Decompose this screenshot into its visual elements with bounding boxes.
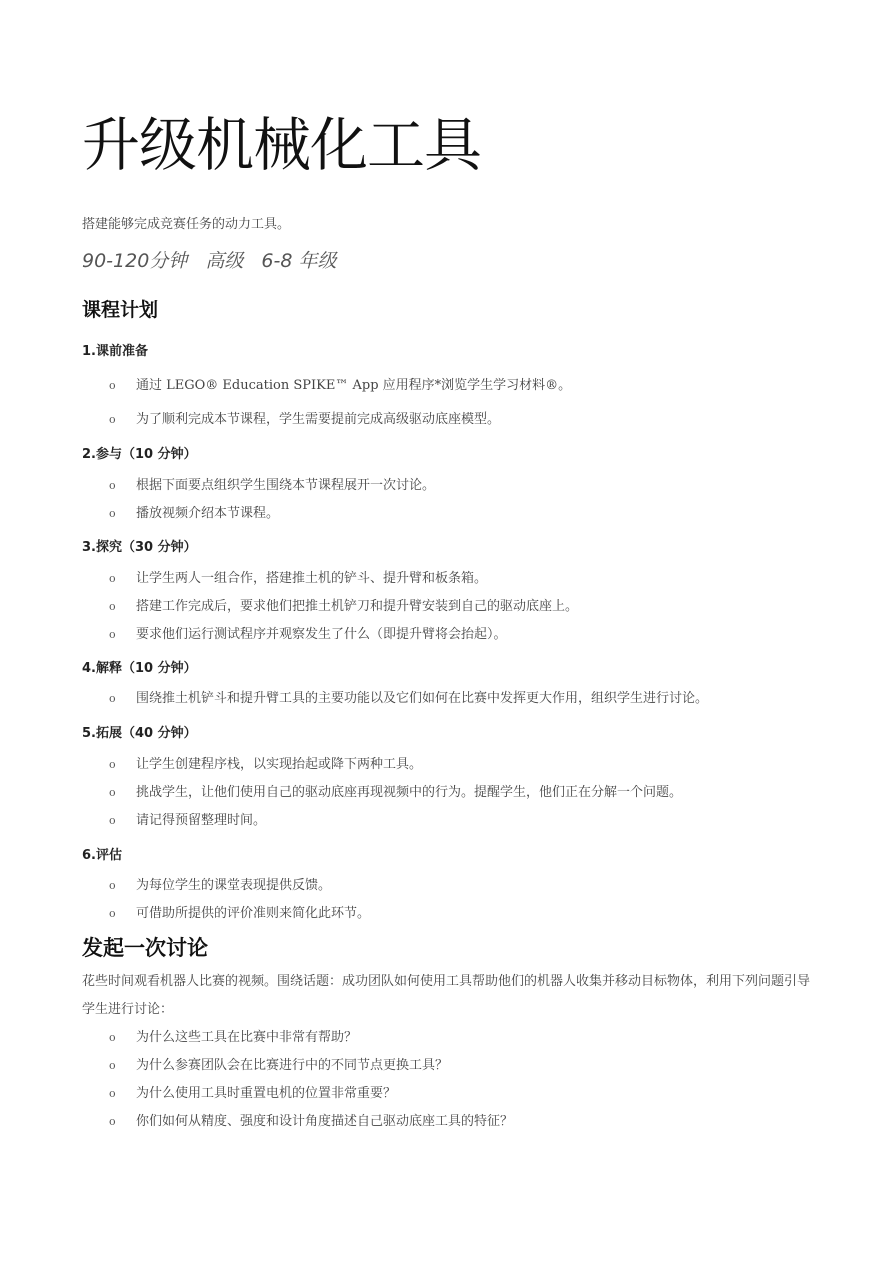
bullet-icon: o	[109, 593, 116, 621]
section-list: o通过 LEGO® Education SPIKE™ App 应用程序*浏览学生…	[82, 372, 571, 434]
list-item: o让学生两人一组合作，搭建推土机的铲斗、提升臂和板条箱。	[82, 565, 578, 593]
list-item: o可借助所提供的评价准则来简化此环节。	[82, 900, 370, 928]
list-item: o让学生创建程序栈，以实现抬起或降下两种工具。	[82, 751, 682, 779]
level: 高级	[205, 250, 243, 272]
bullet-icon: o	[109, 500, 116, 528]
list-item: o根据下面要点组织学生围绕本节课程展开一次讨论。	[82, 472, 435, 500]
bullet-icon: o	[109, 779, 116, 807]
list-item: o请记得预留整理时间。	[82, 807, 682, 835]
bullet-icon: o	[109, 406, 116, 434]
list-item: o为什么这些工具在比赛中非常有帮助？	[82, 1024, 513, 1052]
section-heading: 2.参与（10 分钟）	[82, 443, 197, 462]
section-list: o围绕推土机铲斗和提升臂工具的主要功能以及它们如何在比赛中发挥更大作用，组织学生…	[82, 685, 708, 713]
list-item: o播放视频介绍本节课程。	[82, 500, 435, 528]
section-heading: 1.课前准备	[82, 340, 148, 359]
lesson-meta: 90-120分钟 高级 6-8 年级	[82, 246, 349, 273]
section-heading: 5.拓展（40 分钟）	[82, 722, 197, 741]
list-item: o挑战学生，让他们使用自己的驱动底座再现视频中的行为。提醒学生，他们正在分解一个…	[82, 779, 682, 807]
discussion-heading: 发起一次讨论	[82, 932, 208, 962]
section-heading: 4.解释（10 分钟）	[82, 657, 197, 676]
bullet-icon: o	[109, 621, 116, 649]
bullet-icon: o	[109, 685, 116, 713]
bullet-icon: o	[109, 900, 116, 928]
list-item: o搭建工作完成后，要求他们把推土机铲刀和提升臂安装到自己的驱动底座上。	[82, 593, 578, 621]
bullet-icon: o	[109, 1108, 116, 1136]
list-item: o为每位学生的课堂表现提供反馈。	[82, 872, 370, 900]
discussion-intro: 花些时间观看机器人比赛的视频。围绕话题：成功团队如何使用工具帮助他们的机器人收集…	[82, 968, 812, 1024]
list-item: o要求他们运行测试程序并观察发生了什么（即提升臂将会抬起）。	[82, 621, 578, 649]
section-list: o让学生两人一组合作，搭建推土机的铲斗、提升臂和板条箱。 o搭建工作完成后，要求…	[82, 565, 578, 649]
lesson-plan-heading: 课程计划	[82, 295, 158, 322]
section-list: o根据下面要点组织学生围绕本节课程展开一次讨论。 o播放视频介绍本节课程。	[82, 472, 435, 528]
list-item: o为什么参赛团队会在比赛进行中的不同节点更换工具？	[82, 1052, 513, 1080]
section-list: o为每位学生的课堂表现提供反馈。 o可借助所提供的评价准则来简化此环节。	[82, 872, 370, 928]
bullet-icon: o	[109, 1080, 116, 1108]
grade: 6-8 年级	[261, 250, 336, 272]
list-item: o通过 LEGO® Education SPIKE™ App 应用程序*浏览学生…	[82, 372, 571, 400]
bullet-icon: o	[109, 872, 116, 900]
bullet-icon: o	[109, 565, 116, 593]
list-item: o围绕推土机铲斗和提升臂工具的主要功能以及它们如何在比赛中发挥更大作用，组织学生…	[82, 685, 708, 713]
bullet-icon: o	[109, 1052, 116, 1080]
section-heading: 6.评估	[82, 844, 122, 863]
bullet-icon: o	[109, 372, 116, 400]
section-heading: 3.探究（30 分钟）	[82, 536, 197, 555]
list-item: o为什么使用工具时重置电机的位置非常重要？	[82, 1080, 513, 1108]
duration: 90-120分钟	[82, 250, 187, 272]
subtitle: 搭建能够完成竞赛任务的动力工具。	[82, 213, 290, 232]
bullet-icon: o	[109, 1024, 116, 1052]
list-item: o你们如何从精度、强度和设计角度描述自己驱动底座工具的特征？	[82, 1108, 513, 1136]
section-list: o让学生创建程序栈，以实现抬起或降下两种工具。 o挑战学生，让他们使用自己的驱动…	[82, 751, 682, 835]
list-item: o为了顺利完成本节课程，学生需要提前完成高级驱动底座模型。	[82, 406, 571, 434]
bullet-icon: o	[109, 807, 116, 835]
bullet-icon: o	[109, 472, 116, 500]
page-title: 升级机械化工具	[82, 112, 481, 178]
question-list: o为什么这些工具在比赛中非常有帮助？ o为什么参赛团队会在比赛进行中的不同节点更…	[82, 1024, 513, 1136]
bullet-icon: o	[109, 751, 116, 779]
